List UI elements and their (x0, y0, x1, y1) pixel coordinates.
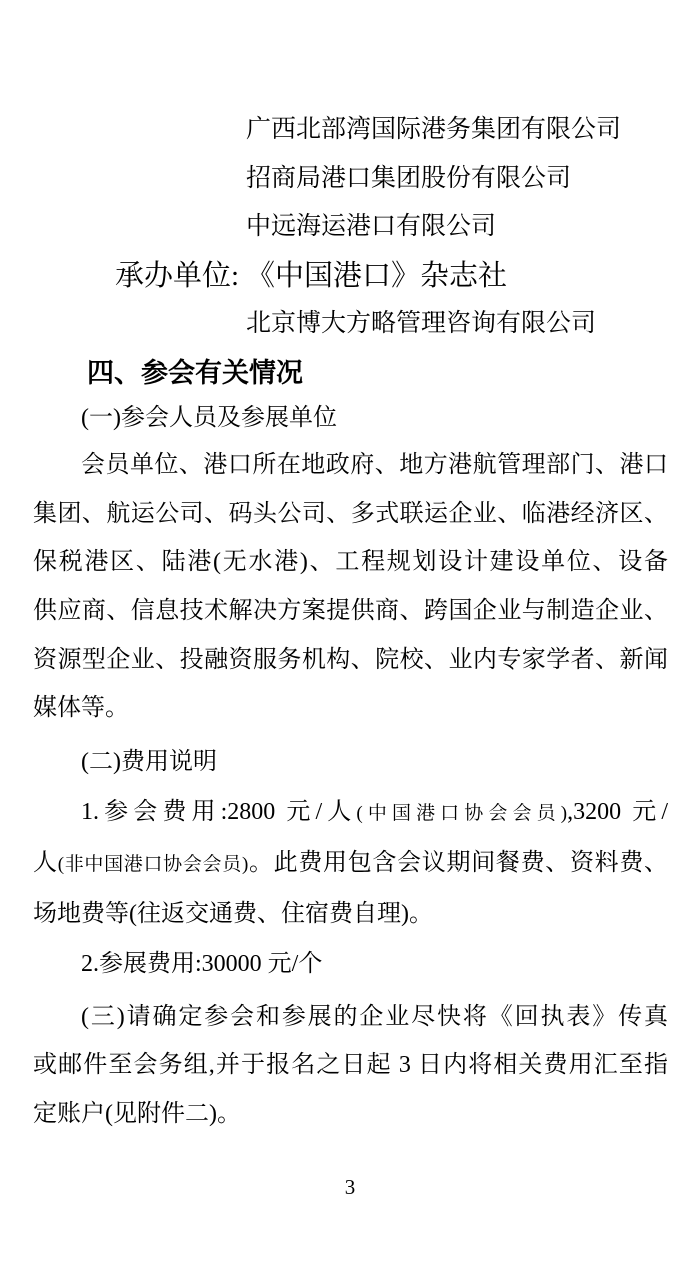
organizer-name-row: 中远海运港口有限公司 (33, 203, 668, 252)
fee-line-1: 1.参会费用:2800 元/人(中国港口协会会员),3200 元/ (33, 788, 668, 839)
page-number: 3 (0, 1176, 700, 1198)
document-page: 广西北部湾国际港务集团有限公司 招商局港口集团股份有限公司 中远海运港口有限公司… (0, 0, 700, 1273)
organizer-name-row: 广西北部湾国际港务集团有限公司 (33, 106, 668, 155)
subsection-1-title: (一)参会人员及参展单位 (33, 394, 668, 443)
fee-line-3: 场地费等(往返交通费、住宿费自理)。 (33, 890, 668, 939)
fee-paren-member: (中国港口协会会员) (356, 803, 567, 824)
undertaker-name: 北京博大方略管理咨询有限公司 (246, 310, 596, 337)
remit-line: 或邮件至会务组,并于报名之日起 3 日内将相关费用汇至指 (33, 1041, 668, 1090)
participants-line: 供应商、信息技术解决方案提供商、跨国企业与制造企业、 (33, 587, 668, 636)
fee-line-2: 人(非中国港口协会会员)。此费用包含会议期间餐费、资料费、 (33, 839, 668, 890)
organizer-name-row: 招商局港口集团股份有限公司 (33, 155, 668, 204)
undertaker-label: 承办单位: (115, 252, 239, 301)
undertaker-row: 北京博大方略管理咨询有限公司 (33, 300, 668, 349)
organizer-name: 招商局港口集团股份有限公司 (246, 165, 571, 192)
participants-line: 保税港区、陆港(无水港)、工程规划设计建设单位、设备 (33, 538, 668, 587)
fee-paragraph: 1.参会费用:2800 元/人(中国港口协会会员),3200 元/ 人(非中国港… (33, 788, 668, 938)
fee-text: 。此费用包含会议期间餐费、资料费、 (248, 850, 668, 876)
subsection-3-paragraph: (三)请确定参会和参展的企业尽快将《回执表》传真 或邮件至会务组,并于报名之日起… (33, 993, 668, 1139)
participants-paragraph: 会员单位、港口所在地政府、地方港航管理部门、港口 集团、航运公司、码头公司、多式… (33, 441, 668, 733)
organizer-name: 中远海运港口有限公司 (246, 213, 496, 240)
fee-text: 人 (33, 850, 58, 876)
fee-text: 1.参会费用:2800 元/人 (81, 799, 356, 825)
exhibit-fee-line: 2.参展费用:30000 元/个 (33, 940, 668, 989)
participants-line-last: 媒体等。 (33, 684, 668, 733)
section-heading: 四、参会有关情况 (33, 349, 668, 398)
participants-line: 资源型企业、投融资服务机构、院校、业内专家学者、新闻 (33, 636, 668, 685)
remit-line-last: 定账户(见附件二)。 (33, 1090, 668, 1139)
participants-line: 集团、航运公司、码头公司、多式联运企业、临港经济区、 (33, 490, 668, 539)
undertaker-name: 《中国港口》杂志社 (246, 260, 507, 292)
subsection-2-title: (二)费用说明 (33, 738, 668, 787)
document-content: 广西北部湾国际港务集团有限公司 招商局港口集团股份有限公司 中远海运港口有限公司… (0, 0, 700, 1138)
undertaker-row: 承办单位: 《中国港口》杂志社 (33, 252, 668, 301)
participants-line: 会员单位、港口所在地政府、地方港航管理部门、港口 (33, 441, 668, 490)
fee-paren-nonmember: (非中国港口协会会员) (58, 854, 249, 875)
fee-text: ,3200 元/ (567, 799, 668, 825)
remit-line: (三)请确定参会和参展的企业尽快将《回执表》传真 (33, 993, 668, 1042)
organizer-name: 广西北部湾国际港务集团有限公司 (246, 116, 621, 143)
